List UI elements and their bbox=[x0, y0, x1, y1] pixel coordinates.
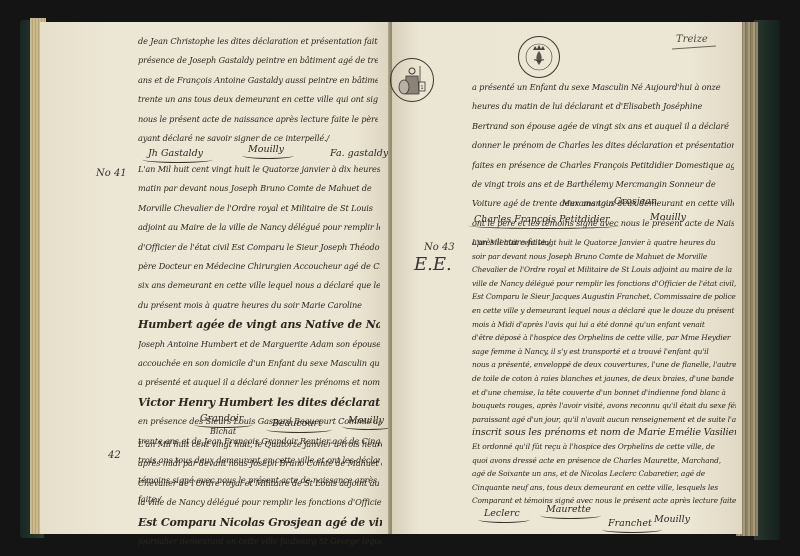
figure-with-shield-icon: 1 bbox=[392, 60, 432, 100]
text-line: inscrit sous les prénoms et nom de Marie… bbox=[472, 426, 736, 440]
crowned-seal-icon bbox=[518, 36, 560, 78]
signature: Franchet bbox=[608, 518, 652, 529]
text-line: heures du matin de lui déclarant et d'El… bbox=[472, 97, 734, 116]
entry-number: No 41 bbox=[96, 168, 127, 179]
text-line: bouquets rouges, après l'avoir visité, a… bbox=[472, 399, 736, 413]
text-line: Et ordonné qu'il fût reçu à l'hospice de… bbox=[472, 440, 736, 454]
text-line: Bertrand son épouse agée de vingt six an… bbox=[472, 117, 734, 136]
text-line: de Jean Christophe les dites déclaration… bbox=[138, 32, 378, 51]
text-line: en présence des Sieurs Louis Gaspard Bea… bbox=[138, 412, 380, 431]
text-line: adjoint au Maire de la ville de Nancy dé… bbox=[138, 218, 380, 237]
text-line: agé de Soixante un ans, et de Nicolas Le… bbox=[472, 467, 736, 481]
signature: Leclerc bbox=[484, 508, 520, 519]
text-line: ans et de François Antoine Gastaldy auss… bbox=[138, 71, 378, 90]
signature: Beaucourt bbox=[272, 418, 322, 429]
text-line: Chevalier de l'Ordre royal et Militaire … bbox=[138, 474, 382, 493]
text-line: de vingt trois ans et de Barthélemy Merc… bbox=[472, 175, 734, 194]
text-line: du présent mois à quatre heures du soir … bbox=[138, 296, 380, 315]
text-line: nous le présent acte de naissance après … bbox=[138, 110, 378, 129]
text-line: trente un ans tous deux demeurant en cet… bbox=[138, 90, 378, 109]
left-top-continuation: de Jean Christophe les dites déclaration… bbox=[138, 32, 378, 148]
signature: Mouilly bbox=[650, 212, 686, 223]
entry-43-text: L'an Mil huit cent vingt huit le Quatorz… bbox=[472, 236, 736, 508]
text-line: d'être déposé à l'hospice des Orphelins … bbox=[472, 331, 736, 345]
text-line: matin par devant nous Joseph Bruno Comte… bbox=[138, 179, 380, 198]
text-line: nous a présenté, enveloppé de deux couve… bbox=[472, 358, 736, 372]
entry-number: 42 bbox=[108, 450, 121, 461]
text-line: de toile de coton à raies blanches et ja… bbox=[472, 372, 736, 386]
signature: Grandoir bbox=[200, 413, 243, 424]
text-line: Humbert agée de vingt ans Native de Nanc… bbox=[138, 315, 380, 334]
fiscal-stamp-icon: 1 bbox=[390, 58, 434, 102]
register-book: de Jean Christophe les dites déclaration… bbox=[20, 14, 780, 554]
signature: Maurette bbox=[546, 504, 591, 515]
signature: Mouilly bbox=[654, 514, 690, 525]
folio-number: Treize bbox=[676, 34, 708, 45]
text-line: et d'une chemise, la tête couverte d'un … bbox=[472, 386, 736, 400]
left-page: de Jean Christophe les dites déclaration… bbox=[40, 22, 390, 534]
text-line: Est Comparu le Sieur Jacques Augustin Fr… bbox=[472, 290, 736, 304]
entry-42-text: L'an Mil huit cent vingt huit, le Quator… bbox=[138, 435, 382, 551]
text-line: donner le prénom de Charles les dites dé… bbox=[472, 136, 734, 155]
text-line: a présenté et auquel il a déclaré donner… bbox=[138, 373, 380, 392]
text-line: après midi par devant nous Joseph Bruno … bbox=[138, 454, 382, 473]
text-line: présence de Joseph Gastaldy peintre en b… bbox=[138, 51, 378, 70]
signature: Mouilly bbox=[248, 144, 284, 155]
svg-text:1: 1 bbox=[420, 85, 423, 91]
text-line: journalier demeurant en cette ville faub… bbox=[138, 532, 382, 551]
text-line: d'Officier de l'état civil Est Comparu l… bbox=[138, 238, 380, 257]
text-line: Chevalier de l'Ordre royal et Militaire … bbox=[472, 263, 736, 277]
text-line: a présenté un Enfant du sexe Masculin Né… bbox=[472, 78, 734, 97]
text-line: mois à Midi d'après l'avis qui lui a été… bbox=[472, 318, 736, 332]
text-line: faites en présence de Charles François P… bbox=[472, 156, 734, 175]
fleur-de-lis-crown-icon bbox=[520, 38, 558, 76]
text-line: paraissant agé d'un jour, qu'il n'avait … bbox=[472, 413, 736, 427]
marginal-annotation: E.E. bbox=[414, 254, 452, 275]
text-line: Est Comparu Nicolas Grosjean agé de ving… bbox=[138, 513, 382, 532]
text-line: Morville Chevalier de l'Ordre royal et M… bbox=[138, 199, 380, 218]
text-line: accouchée en son domicile d'un Enfant du… bbox=[138, 354, 380, 373]
signature: Grosjean bbox=[614, 196, 657, 207]
text-line: Victor Henry Humbert les dites déclarati… bbox=[138, 393, 380, 412]
text-line: la ville de Nancy délégué pour remplir l… bbox=[138, 493, 382, 512]
text-line: L'an Mil huit cent vingt huit, le Quator… bbox=[138, 435, 382, 454]
text-line: quoi avons dressé acte en présence de Ch… bbox=[472, 454, 736, 468]
text-line: Comparant et témoins signé avec nous le … bbox=[472, 494, 736, 508]
text-line: L'an Mil huit cent vingt huit le Quatorz… bbox=[472, 236, 736, 250]
signature: Mercmangin bbox=[562, 199, 614, 208]
text-line: en cette ville y demeurant lequel nous a… bbox=[472, 304, 736, 318]
right-page: 1 Treize a présenté un Enfant du sexe Ma… bbox=[392, 22, 742, 534]
text-line: six ans demeurant en cette ville lequel … bbox=[138, 276, 380, 295]
text-line: L'an Mil huit cent vingt huit le Quatorz… bbox=[138, 160, 380, 179]
signature: Jh Gastaldy bbox=[148, 148, 203, 159]
signature: Charles François Petitdidier bbox=[474, 214, 610, 225]
text-line: ville de Nancy délégué pour remplir les … bbox=[472, 277, 736, 291]
text-line: père Docteur en Médecine Chirurgien Acco… bbox=[138, 257, 380, 276]
text-line: sage femme à Nancy, il s'y est transport… bbox=[472, 345, 736, 359]
signature: Mouilly bbox=[348, 415, 384, 426]
text-line: Cinquante neuf ans, tous deux demeurant … bbox=[472, 481, 736, 495]
signature: Fa. gastaldy bbox=[330, 148, 388, 159]
text-line: soir par devant nous Joseph Bruno Comte … bbox=[472, 250, 736, 264]
entry-number: No 43 bbox=[424, 242, 455, 253]
text-line: Joseph Antoine Humbert et de Marguerite … bbox=[138, 335, 380, 354]
